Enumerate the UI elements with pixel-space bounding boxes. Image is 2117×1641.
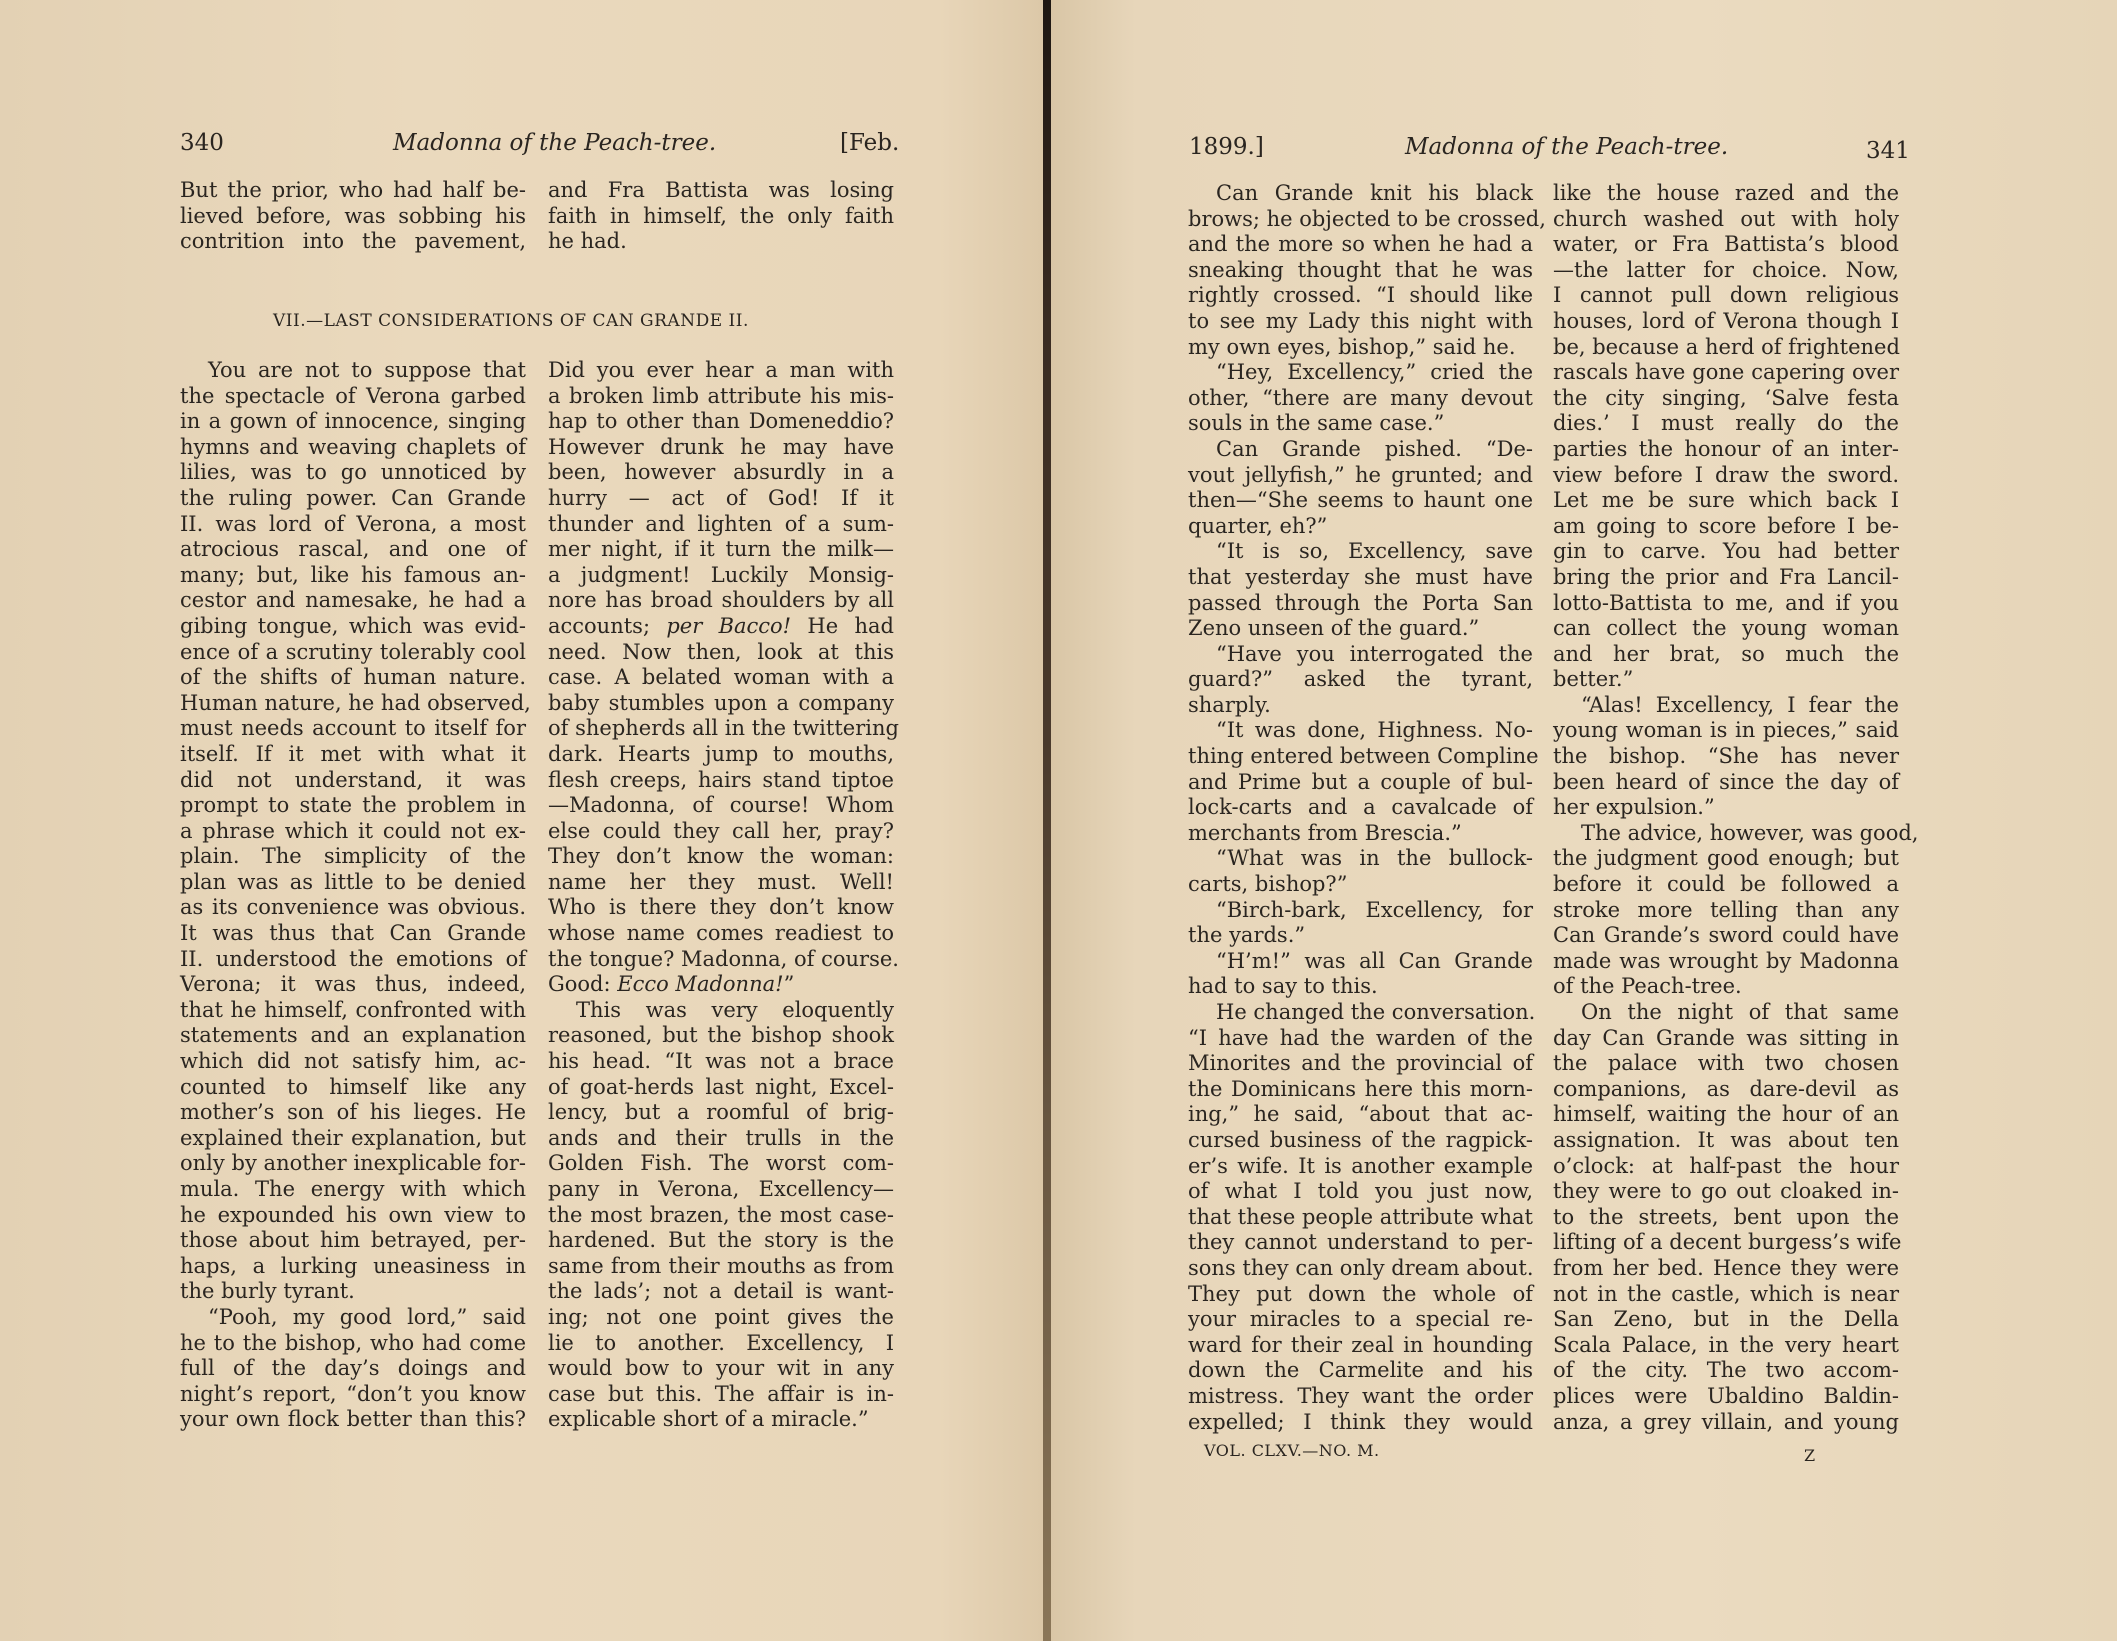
text-line: Scala Palace, in the very heart bbox=[1553, 1333, 1899, 1359]
text-line: plain. The simplicity of the bbox=[180, 844, 526, 870]
text-line: better.” bbox=[1553, 667, 1899, 693]
text-line: Good: Ecco Madonna!” bbox=[548, 972, 894, 998]
text-line: baby stumbles upon a company bbox=[548, 691, 894, 717]
text-line: down the Carmelite and his bbox=[1188, 1358, 1533, 1384]
text-line: haps, a lurking uneasiness in bbox=[180, 1254, 526, 1280]
text-line: name her they must. Well! bbox=[548, 870, 894, 896]
text-line: Human nature, he had observed, bbox=[180, 691, 526, 717]
text-line: the yards.” bbox=[1188, 923, 1533, 949]
text-line: “Have you interrogated the bbox=[1188, 642, 1533, 668]
text-line: lotto-Battista to me, and if you bbox=[1553, 591, 1899, 617]
text-line: —Madonna, of course! Whom bbox=[548, 793, 894, 819]
text-column: You are not to suppose thatthe spectacle… bbox=[180, 358, 526, 1433]
text-line: Can Grande pished. “De- bbox=[1188, 437, 1533, 463]
text-line: vout jellyfish,” he grunted; and bbox=[1188, 463, 1533, 489]
text-line: Can Grande’s sword could have bbox=[1553, 923, 1899, 949]
running-date: 1899.] bbox=[1189, 132, 1264, 162]
text-line: same from their mouths as from bbox=[548, 1254, 894, 1280]
text-line: I cannot pull down religious bbox=[1553, 283, 1899, 309]
text-line: lency, but a roomful of brig- bbox=[548, 1100, 894, 1126]
text-line: lie to another. Excellency, I bbox=[548, 1331, 894, 1357]
text-column: But the prior, who had half be-lieved be… bbox=[180, 178, 526, 255]
text-line: like the house razed and the bbox=[1553, 181, 1899, 207]
text-line: made was wrought by Madonna bbox=[1553, 949, 1899, 975]
text-line: need. Now then, look at this bbox=[548, 640, 894, 666]
text-line: as its convenience was obvious. bbox=[180, 895, 526, 921]
text-line: the tongue? Madonna, of course. bbox=[548, 947, 894, 973]
text-line: mer night, if it turn the milk— bbox=[548, 537, 894, 563]
text-line: ence of a scrutiny tolerably cool bbox=[180, 640, 526, 666]
text-line: that yesterday she must have bbox=[1188, 565, 1533, 591]
text-line: “It was done, Highness. No- bbox=[1188, 718, 1533, 744]
text-line: counted to himself like any bbox=[180, 1075, 526, 1101]
text-line: dark. Hearts jump to mouths, bbox=[548, 742, 894, 768]
text-line: On the night of that same bbox=[1553, 1000, 1899, 1026]
text-line: the palace with two chosen bbox=[1553, 1051, 1899, 1077]
text-line: to see my Lady this night with bbox=[1188, 309, 1533, 335]
text-line: himself, waiting the hour of an bbox=[1553, 1102, 1899, 1128]
text-line: day Can Grande was sitting in bbox=[1553, 1026, 1899, 1052]
text-line: of the city. The two accom- bbox=[1553, 1358, 1899, 1384]
text-line: gin to carve. You had better bbox=[1553, 539, 1899, 565]
text-line: must needs account to itself for bbox=[180, 716, 526, 742]
text-line: can collect the young woman bbox=[1553, 616, 1899, 642]
text-line: You are not to suppose that bbox=[180, 358, 526, 384]
page-number: 340 bbox=[180, 128, 224, 158]
text-line: “H’m!” was all Can Grande bbox=[1188, 949, 1533, 975]
text-line: other, “there are many devout bbox=[1188, 386, 1533, 412]
text-line: II. understood the emotions of bbox=[180, 947, 526, 973]
text-line: accounts; per Bacco! He had bbox=[548, 614, 894, 640]
text-line: and the more so when he had a bbox=[1188, 232, 1533, 258]
book-spine bbox=[1043, 0, 1051, 1641]
text-line: itself. If it met with what it bbox=[180, 742, 526, 768]
text-line: the bishop. “She has never bbox=[1553, 744, 1899, 770]
text-line: flesh creeps, hairs stand tiptoe bbox=[548, 768, 894, 794]
text-line: dies.’ I must really do the bbox=[1553, 411, 1899, 437]
text-line: But the prior, who had half be- bbox=[180, 178, 526, 204]
text-line: which did not satisfy him, ac- bbox=[180, 1049, 526, 1075]
text-line: parties the honour of an inter- bbox=[1553, 437, 1899, 463]
page-number: 341 bbox=[1866, 136, 1910, 166]
text-line: sharply. bbox=[1188, 693, 1533, 719]
text-line: your own flock better than this? bbox=[180, 1407, 526, 1433]
text-line: thunder and lighten of a sum- bbox=[548, 512, 894, 538]
text-line: faith in himself, the only faith bbox=[548, 204, 894, 230]
text-line: the spectacle of Verona garbed bbox=[180, 384, 526, 410]
text-line: then—“She seems to haunt one bbox=[1188, 488, 1533, 514]
text-line: the burly tyrant. bbox=[180, 1279, 526, 1305]
text-line: a broken limb attribute his mis- bbox=[548, 384, 894, 410]
text-line: my own eyes, bishop,” said he. bbox=[1188, 335, 1533, 361]
text-line: not in the castle, which is near bbox=[1553, 1282, 1899, 1308]
text-line: full of the day’s doings and bbox=[180, 1356, 526, 1382]
text-line: of the Peach-tree. bbox=[1553, 974, 1899, 1000]
text-line: been heard of since the day of bbox=[1553, 770, 1899, 796]
text-line: lifting of a decent burgess’s wife bbox=[1553, 1230, 1899, 1256]
text-line: “Alas! Excellency, I fear the bbox=[1553, 693, 1899, 719]
text-line: carts, bishop?” bbox=[1188, 872, 1533, 898]
text-line: of the shifts of human nature. bbox=[180, 665, 526, 691]
text-line: your miracles to a special re- bbox=[1188, 1307, 1533, 1333]
text-line: had to say to this. bbox=[1188, 974, 1533, 1000]
text-line: of goat-herds last night, Excel- bbox=[548, 1075, 894, 1101]
text-line: his head. “It was not a brace bbox=[548, 1049, 894, 1075]
text-line: lilies, was to go unnoticed by bbox=[180, 460, 526, 486]
text-line: only by another inexplicable for- bbox=[180, 1151, 526, 1177]
text-line: “It is so, Excellency, save bbox=[1188, 539, 1533, 565]
text-line: view before I draw the sword. bbox=[1553, 463, 1899, 489]
text-line: am going to score before I be- bbox=[1553, 514, 1899, 540]
text-line: that these people attribute what bbox=[1188, 1205, 1533, 1231]
text-line: gibing tongue, which was evid- bbox=[180, 614, 526, 640]
text-line: case. A belated woman with a bbox=[548, 665, 894, 691]
text-line: and Prime but a couple of bul- bbox=[1188, 770, 1533, 796]
text-line: mother’s son of his lieges. He bbox=[180, 1100, 526, 1126]
text-line: Zeno unseen of the guard.” bbox=[1188, 616, 1533, 642]
text-line: brows; he objected to be crossed, bbox=[1188, 207, 1533, 233]
text-line: they cannot understand to per- bbox=[1188, 1230, 1533, 1256]
text-line: he had. bbox=[548, 229, 894, 255]
text-line: However drunk he may have bbox=[548, 435, 894, 461]
text-line: sneaking thought that he was bbox=[1188, 258, 1533, 284]
text-column: and Fra Battista was losingfaith in hims… bbox=[548, 178, 894, 255]
text-line: be, because a herd of frightened bbox=[1553, 335, 1899, 361]
text-line: explicable short of a miracle.” bbox=[548, 1407, 894, 1433]
text-line: prompt to state the problem in bbox=[180, 793, 526, 819]
text-line: did not understand, it was bbox=[180, 768, 526, 794]
text-line: of shepherds all in the twittering bbox=[548, 716, 894, 742]
text-line: hurry — act of God! If it bbox=[548, 486, 894, 512]
text-line: He changed the conversation. bbox=[1188, 1000, 1533, 1026]
text-line: case but this. The affair is in- bbox=[548, 1382, 894, 1408]
text-line: This was very eloquently bbox=[548, 998, 894, 1024]
text-line: and Fra Battista was losing bbox=[548, 178, 894, 204]
text-line: ands and their trulls in the bbox=[548, 1126, 894, 1152]
italic-phrase: Ecco Madonna! bbox=[617, 972, 783, 996]
text-line: quarter, eh?” bbox=[1188, 514, 1533, 540]
text-line: cursed business of the ragpick- bbox=[1188, 1128, 1533, 1154]
text-line: statements and an explanation bbox=[180, 1023, 526, 1049]
text-line: “Pooh, my good lord,” said bbox=[180, 1305, 526, 1331]
text-line: thing entered between Compline bbox=[1188, 744, 1533, 770]
text-line: San Zeno, but in the Della bbox=[1553, 1307, 1899, 1333]
text-line: church washed out with holy bbox=[1553, 207, 1899, 233]
text-line: Did you ever hear a man with bbox=[548, 358, 894, 384]
text-line: lock-carts and a cavalcade of bbox=[1188, 795, 1533, 821]
text-line: merchants from Brescia.” bbox=[1188, 821, 1533, 847]
text-line: water, or Fra Battista’s blood bbox=[1553, 232, 1899, 258]
text-line: plan was as little to be denied bbox=[180, 870, 526, 896]
running-date: [Feb. bbox=[840, 128, 899, 158]
left-page: 340 Madonna of the Peach-tree. [Feb. But… bbox=[0, 0, 1043, 1641]
section-heading: VII.—LAST CONSIDERATIONS OF CAN GRANDE I… bbox=[273, 311, 749, 331]
right-page: 1899.] Madonna of the Peach-tree. 341 Ca… bbox=[1051, 0, 2117, 1641]
text-line: atrocious rascal, and one of bbox=[180, 537, 526, 563]
volume-footer: VOL. CLXV.—NO. M. bbox=[1204, 1441, 1380, 1460]
text-line: a judgment! Luckily Monsig- bbox=[548, 563, 894, 589]
text-line: of what I told you just now, bbox=[1188, 1179, 1533, 1205]
text-line: souls in the same case.” bbox=[1188, 411, 1533, 437]
signature-mark: Z bbox=[1804, 1446, 1816, 1465]
text-line: guard?” asked the tyrant, bbox=[1188, 667, 1533, 693]
text-column: like the house razed and thechurch washe… bbox=[1553, 181, 1899, 1435]
text-line: “What was in the bullock- bbox=[1188, 846, 1533, 872]
text-line: stroke more telling than any bbox=[1553, 898, 1899, 924]
text-line: o’clock: at half-past the hour bbox=[1553, 1154, 1899, 1180]
text-line: her expulsion.” bbox=[1553, 795, 1899, 821]
text-line: nore has broad shoulders by all bbox=[548, 588, 894, 614]
text-line: cestor and namesake, he had a bbox=[180, 588, 526, 614]
text-column: Can Grande knit his blackbrows; he objec… bbox=[1188, 181, 1533, 1435]
text-line: ing,” he said, “about that ac- bbox=[1188, 1102, 1533, 1128]
text-line: contrition into the pavement, bbox=[180, 229, 526, 255]
text-line: “Hey, Excellency,” cried the bbox=[1188, 360, 1533, 386]
text-line: to the streets, bent upon the bbox=[1553, 1205, 1899, 1231]
running-title: Madonna of the Peach-tree. bbox=[1405, 132, 1728, 162]
text-line: the judgment good enough; but bbox=[1553, 846, 1899, 872]
text-line: Golden Fish. The worst com- bbox=[548, 1151, 894, 1177]
text-line: They put down the whole of bbox=[1188, 1282, 1533, 1308]
text-line: mula. The energy with which bbox=[180, 1177, 526, 1203]
text-line: hardened. But the story is the bbox=[548, 1228, 894, 1254]
text-line: er’s wife. It is another example bbox=[1188, 1154, 1533, 1180]
text-line: rascals have gone capering over bbox=[1553, 360, 1899, 386]
text-line: they were to go out cloaked in- bbox=[1553, 1179, 1899, 1205]
text-line: Verona; it was thus, indeed, bbox=[180, 972, 526, 998]
text-line: companions, as dare-devil as bbox=[1553, 1077, 1899, 1103]
text-line: many; but, like his famous an- bbox=[180, 563, 526, 589]
text-line: the city singing, ‘Salve festa bbox=[1553, 386, 1899, 412]
text-line: night’s report, “don’t you know bbox=[180, 1382, 526, 1408]
text-line: the ruling power. Can Grande bbox=[180, 486, 526, 512]
text-line: the most brazen, the most case- bbox=[548, 1203, 894, 1229]
text-column: Did you ever hear a man witha broken lim… bbox=[548, 358, 894, 1433]
text-line: —the latter for choice. Now, bbox=[1553, 258, 1899, 284]
text-line: else could they call her, pray? bbox=[548, 819, 894, 845]
text-line: It was thus that Can Grande bbox=[180, 921, 526, 947]
text-line: would bow to your wit in any bbox=[548, 1356, 894, 1382]
text-line: he to the bishop, who had come bbox=[180, 1331, 526, 1357]
text-line: explained their explanation, but bbox=[180, 1126, 526, 1152]
text-line: sons they can only dream about. bbox=[1188, 1256, 1533, 1282]
text-line: Let me be sure which back I bbox=[1553, 488, 1899, 514]
text-line: The advice, however, was good, bbox=[1553, 821, 1899, 847]
text-line: the Dominicans here this morn- bbox=[1188, 1077, 1533, 1103]
text-line: before it could be followed a bbox=[1553, 872, 1899, 898]
text-line: ing; not one point gives the bbox=[548, 1305, 894, 1331]
text-line: Can Grande knit his black bbox=[1188, 181, 1533, 207]
text-line: hap to other than Domeneddio? bbox=[548, 409, 894, 435]
text-line: a phrase which it could not ex- bbox=[180, 819, 526, 845]
text-line: young woman is in pieces,” said bbox=[1553, 718, 1899, 744]
text-line: “Birch-bark, Excellency, for bbox=[1188, 898, 1533, 924]
text-line: Who is there they don’t know bbox=[548, 895, 894, 921]
text-line: hymns and weaving chaplets of bbox=[180, 435, 526, 461]
text-line: he expounded his own view to bbox=[180, 1203, 526, 1229]
text-line: passed through the Porta San bbox=[1188, 591, 1533, 617]
text-line: whose name comes readiest to bbox=[548, 921, 894, 947]
text-line: Minorites and the provincial of bbox=[1188, 1051, 1533, 1077]
text-line: pany in Verona, Excellency— bbox=[548, 1177, 894, 1203]
text-line: houses, lord of Verona though I bbox=[1553, 309, 1899, 335]
text-line: expelled; I think they would bbox=[1188, 1410, 1533, 1436]
text-line: lieved before, was sobbing his bbox=[180, 204, 526, 230]
text-line: and her brat, so much the bbox=[1553, 642, 1899, 668]
text-line: been, however absurdly in a bbox=[548, 460, 894, 486]
text-line: assignation. It was about ten bbox=[1553, 1128, 1899, 1154]
text-line: those about him betrayed, per- bbox=[180, 1228, 526, 1254]
text-line: the lads’; not a detail is want- bbox=[548, 1279, 894, 1305]
text-line: in a gown of innocence, singing bbox=[180, 409, 526, 435]
text-line: rightly crossed. “I should like bbox=[1188, 283, 1533, 309]
text-line: II. was lord of Verona, a most bbox=[180, 512, 526, 538]
text-line: They don’t know the woman: bbox=[548, 844, 894, 870]
text-line: reasoned, but the bishop shook bbox=[548, 1023, 894, 1049]
text-line: plices were Ubaldino Baldin- bbox=[1553, 1384, 1899, 1410]
text-line: anza, a grey villain, and young bbox=[1553, 1410, 1899, 1436]
text-line: from her bed. Hence they were bbox=[1553, 1256, 1899, 1282]
text-line: bring the prior and Fra Lancil- bbox=[1553, 565, 1899, 591]
text-line: ward for their zeal in hounding bbox=[1188, 1333, 1533, 1359]
text-line: “I have had the warden of the bbox=[1188, 1026, 1533, 1052]
text-line: that he himself, confronted with bbox=[180, 998, 526, 1024]
italic-phrase: per Bacco! bbox=[666, 614, 791, 638]
running-title: Madonna of the Peach-tree. bbox=[393, 128, 716, 158]
text-line: mistress. They want the order bbox=[1188, 1384, 1533, 1410]
